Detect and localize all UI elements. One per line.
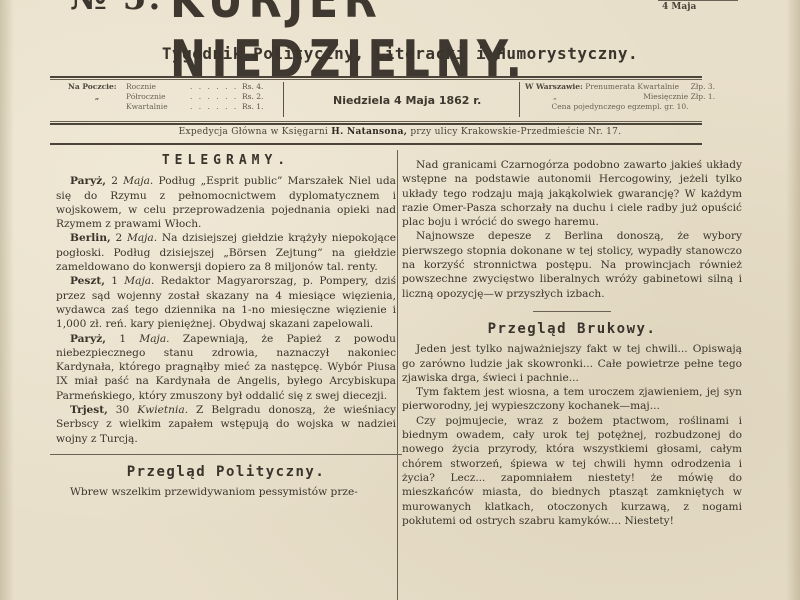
- article-paragraph: Nad granicami Czarnogórza podobno zawart…: [402, 158, 742, 229]
- corner-date: 4 Maja: [662, 2, 696, 12]
- page-edge-shadow: [786, 0, 800, 600]
- telegram-item: Paryż, 1 Maja. Zapewniają, że Papież z p…: [56, 332, 396, 403]
- article-paragraph: Jeden jest tylko najważniejszy fakt w te…: [402, 342, 742, 385]
- left-column: TELEGRAMY. Paryż, 2 Maja. Podług „Esprit…: [56, 150, 396, 500]
- subscription-label: Na Poczcie:: [68, 82, 126, 92]
- issue-number: № 5.: [70, 0, 162, 18]
- telegrams-heading: TELEGRAMY.: [56, 154, 396, 168]
- subscription-provinces: Na Poczcie: Rocznie . . . . . . Rs. 4. „…: [68, 82, 263, 112]
- strip-rule: [50, 121, 702, 122]
- column-divider: [397, 150, 398, 600]
- article-paragraph: Najnowsze depesze z Berlina donoszą, że …: [402, 229, 742, 300]
- publisher-name: H. Natansona,: [331, 127, 407, 137]
- politics-heading: Przegląd Polityczny.: [56, 465, 396, 479]
- right-column: Nad granicami Czarnogórza podobno zawart…: [402, 150, 742, 528]
- telegram-item: Trjest, 30 Kwietnia. Z Belgradu donoszą,…: [56, 403, 396, 446]
- expedition-line: Expedycja Główna w Księgarni H. Natanson…: [0, 127, 800, 137]
- telegram-item: Paryż, 2 Maja. Podług „Esprit public” Ma…: [56, 174, 396, 231]
- masthead-rule: [50, 79, 702, 80]
- column-separator: [283, 82, 284, 117]
- article-paragraph: Wbrew wszelkim przewidywaniom pessymistó…: [56, 485, 396, 499]
- telegram-item: Peszt, 1 Maja. Redaktor Magyarorszag, p.…: [56, 274, 396, 331]
- body-rule: [50, 143, 702, 145]
- section-rule: [533, 311, 611, 312]
- street-review-heading: Przegląd Brukowy.: [402, 322, 742, 336]
- masthead-rule: [50, 76, 702, 78]
- strip-rule: [50, 123, 702, 125]
- subscription-warsaw: W Warszawie: Prenumerata Kwartalnie Złp.…: [525, 82, 715, 112]
- telegram-item: Berlin, 2 Maja. Na dzisiejszej giełdzie …: [56, 231, 396, 274]
- issue-date: Niedziela 4 Maja 1862 r.: [333, 94, 481, 107]
- single-copy-price: Cena pojedynczego egzempl. gr. 10.: [551, 102, 688, 112]
- section-rule: [50, 454, 402, 455]
- newspaper-page: № 5. KURJER NIEDZIELNY. 4 Maja Tygodnik …: [0, 0, 800, 600]
- date-rule: [658, 0, 738, 1]
- article-paragraph: Czy pojmujecie, wraz z bożem ptactwom, r…: [402, 414, 742, 528]
- page-edge-shadow: [0, 0, 14, 600]
- article-paragraph: Tym faktem jest wiosna, a tem uroczem zj…: [402, 385, 742, 414]
- column-separator: [519, 82, 520, 117]
- newspaper-subtitle: Tygodnik Polityczny, Literacki i Humorys…: [0, 44, 800, 63]
